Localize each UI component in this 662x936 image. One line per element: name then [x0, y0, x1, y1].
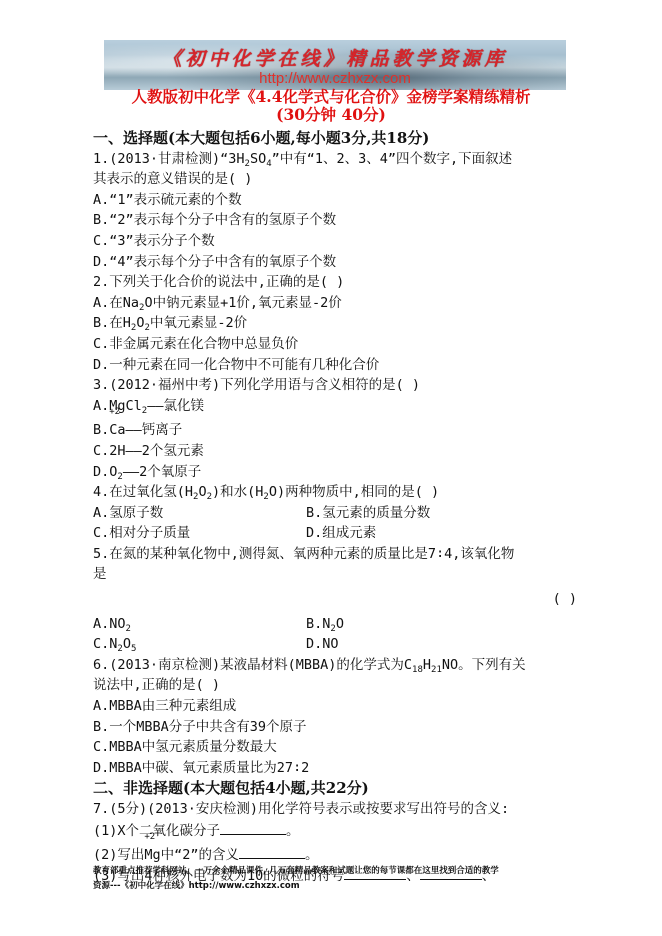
question-6-option-a: A.MBBA由三种元素组成 — [93, 696, 583, 717]
question-5-option-d: D.NO — [306, 634, 519, 655]
question-7-part-1: (1)X个二氧化碳分子。 — [93, 820, 583, 841]
question-4-options-row2: C.相对分子质量 D.组成元素 — [93, 523, 583, 544]
question-3-option-d: D.O2——2个氧原子 — [93, 462, 583, 483]
question-3-option-a: A.MgCl2——氯化镁 — [93, 396, 583, 417]
question-4-option-d: D.组成元素 — [306, 523, 519, 544]
document-body: 一、选择题(本大题包括6小题,每小题3分,共18分) 1.(2013·甘肃检测)… — [93, 128, 583, 885]
question-4-stem: 4.在过氧化氢(H2O2)和水(H2O)两种物质中,相同的是( ) — [93, 482, 583, 503]
footer-source-line: 资源---《初中化学在线》http://www.czhxzx.com — [93, 879, 593, 894]
section-heading-choice: 一、选择题(本大题包括6小题,每小题3分,共18分) — [93, 128, 583, 149]
question-5-option-a: A.NO2 — [93, 614, 306, 635]
question-1-option-c: C.“3”表示分子个数 — [93, 231, 583, 252]
question-2-stem: 2.下列关于化合价的说法中,正确的是( ) — [93, 272, 583, 293]
question-5-stem: 5.在氮的某种氧化物中,测得氮、氧两种元素的质量比是7∶4,该氧化物 — [93, 544, 583, 565]
question-2-option-d: D.一种元素在同一化合物中不可能有几种化合价 — [93, 355, 583, 376]
banner-url[interactable]: http://www.czhxzx.com — [104, 70, 566, 87]
question-5-option-c: C.N2O5 — [93, 634, 306, 655]
document-subtitle: (30分钟 40分) — [0, 106, 662, 124]
question-3-option-c: C.2H——2个氢元素 — [93, 441, 583, 462]
banner-title: 《初中化学在线》精品教学资源库 — [104, 44, 566, 71]
question-7-stem: 7.(5分)(2013·安庆检测)用化学符号表示或按要求写出符号的含义: — [93, 799, 583, 820]
site-banner: 《初中化学在线》精品教学资源库 http://www.czhxzx.com — [104, 40, 566, 90]
answer-blank[interactable] — [220, 820, 286, 835]
question-4-option-a: A.氢原子数 — [93, 503, 306, 524]
question-1-stem-cont: 其表示的意义错误的是( ) — [93, 169, 583, 190]
question-5-option-b: B.N2O — [306, 614, 519, 635]
question-5-options-row2: C.N2O5 D.NO — [93, 634, 583, 655]
question-2-option-b: B.在H2O2中氧元素显-2价 — [93, 313, 583, 334]
question-5-options-row1: A.NO2 B.N2O — [93, 614, 583, 635]
document-title-block: 人教版初中化学《4.4化学式与化合价》金榜学案精练精析 (30分钟 40分) — [0, 88, 662, 124]
footer-promo-line: 教育部重点推荐学科网站。一万余个精品课件, 几万套精品教案和试题让您的每节课都在… — [93, 864, 593, 879]
question-5-stem-cont: 是 — [93, 564, 583, 585]
question-1-option-a: A.“1”表示硫元素的个数 — [93, 190, 583, 211]
question-4-option-c: C.相对分子质量 — [93, 523, 306, 544]
question-4-options-row1: A.氢原子数 B.氢元素的质量分数 — [93, 503, 583, 524]
question-6-option-d: D.MBBA中碳、氧元素质量比为27∶2 — [93, 758, 583, 779]
question-6-option-b: B.一个MBBA分子中共含有39个原子 — [93, 717, 583, 738]
question-6-stem: 6.(2013·南京检测)某液晶材料(MBBA)的化学式为C18H21NO。下列… — [93, 655, 583, 676]
question-5-answer-paren: ( ) — [93, 589, 583, 610]
question-1-option-d: D.“4”表示每个分子中含有的氧原子个数 — [93, 252, 583, 273]
question-3-stem: 3.(2012·福州中考)下列化学用语与含义相符的是( ) — [93, 375, 583, 396]
section-heading-nonchoice: 二、非选择题(本大题包括4小题,共22分) — [93, 778, 583, 799]
question-3-option-b: B.+2Ca——钙离子 — [93, 420, 583, 441]
question-6-option-c: C.MBBA中氢元素质量分数最大 — [93, 737, 583, 758]
document-title: 人教版初中化学《4.4化学式与化合价》金榜学案精练精析 — [0, 88, 662, 106]
answer-blank[interactable] — [239, 844, 305, 859]
page-footer: 教育部重点推荐学科网站。一万余个精品课件, 几万套精品教案和试题让您的每节课都在… — [93, 864, 593, 894]
question-6-stem-cont: 说法中,正确的是( ) — [93, 675, 583, 696]
question-7-part-2: (2)写出+2Mg中“2”的含义。 — [93, 844, 583, 865]
question-4-option-b: B.氢元素的质量分数 — [306, 503, 519, 524]
question-2-option-a: A.在Na2O中钠元素显+1价,氧元素显-2价 — [93, 293, 583, 314]
question-2-option-c: C.非金属元素在化合物中总显负价 — [93, 334, 583, 355]
question-1-option-b: B.“2”表示每个分子中含有的氢原子个数 — [93, 210, 583, 231]
question-1-stem: 1.(2013·甘肃检测)“3H2SO4”中有“1、2、3、4”四个数字,下面叙… — [93, 149, 583, 170]
